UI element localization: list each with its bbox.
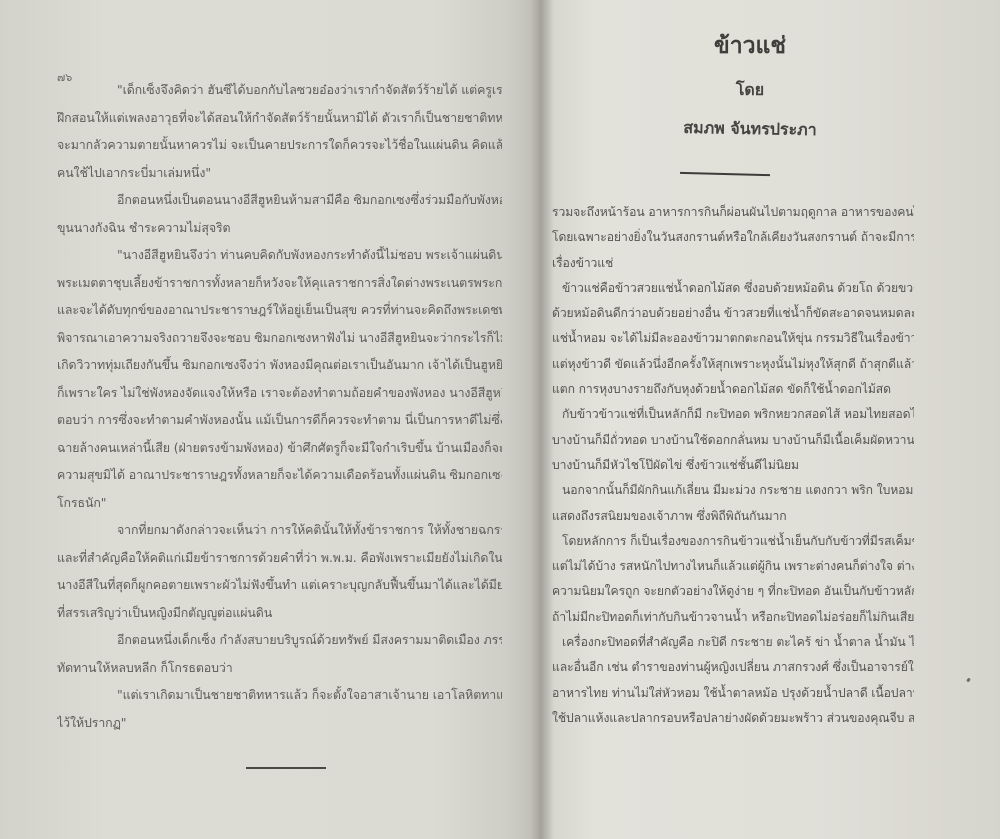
- text-line: ทัดทานให้หลบหลีก ก็โกรธตอบว่า: [57, 654, 502, 682]
- author-name: สมภพ จันทรประภา: [650, 115, 850, 143]
- section-divider: [246, 767, 326, 769]
- text-line: บางบ้านก็มีหัวไชโป๊ผัดไข่ ซึ่งข้าวแช่ชั้…: [552, 453, 914, 478]
- text-line: ไว้ให้ปรากฏ": [57, 709, 502, 737]
- text-line: ฝึกสอนให้แต่เพลงอาวุธที่จะได้สอนให้กำจัด…: [57, 104, 502, 132]
- text-line: นอกจากนั้นก็มีผักกินแก้เลี่ยน มีมะม่วง ก…: [552, 478, 914, 503]
- text-line: อีกตอนหนึ่งเป็นตอนนางอีสีฮูหยินห้ามสามีค…: [57, 186, 502, 214]
- text-line: ที่สรรเสริญว่าเป็นหญิงมีกตัญญูต่อแผ่นดิน: [57, 599, 502, 627]
- text-line: และจะได้ดับทุกข์ของอาณาประชาราษฎร์ให้อยู…: [57, 296, 502, 324]
- text-line: เครื่องกะปิทอดที่สำคัญคือ กะปิดี กระชาย …: [552, 630, 914, 655]
- text-line: และอื่นอีก เช่น ตำราของท่านผู้หญิงเปลี่ย…: [552, 655, 914, 680]
- text-line: เกิดวิวาททุ่มเถียงกันขึ้น ซิมกอกเซงจึงว่…: [57, 351, 502, 379]
- text-line: ก็เพราะใคร ไม่ใช่พังหองจัดแจงให้หรือ เรา…: [57, 379, 502, 407]
- text-line: กับข้าวข้าวแช่ที่เป็นหลักก็มี กะปิทอด พร…: [552, 402, 914, 427]
- text-line: อาหารไทย ท่านไม่ใส่หัวหอม ใช้น้ำตาลหม้อ …: [552, 681, 914, 706]
- article-title: ข้าวแช่: [700, 28, 800, 64]
- text-line: แต่ไม่ได้บ้าง รสหนักไปทางไหนก็แล้วแต่ผู้…: [552, 554, 914, 579]
- book-spread: ๗๖ "เด็กเซ็งจึงคิดว่า ฮันซีได้บอกกับไลซว…: [0, 0, 1000, 839]
- text-line: "นางอีสีฮูหยินจึงว่า ท่านคบคิดกับพังหองก…: [57, 241, 502, 269]
- text-line: ตอบว่า การซึ่งจะทำตามคำพังหองนั้น แม้เป็…: [57, 406, 502, 434]
- text-line: "เด็กเซ็งจึงคิดว่า ฮันซีได้บอกกับไลซวยอ๋…: [57, 76, 502, 104]
- text-line: "แต่เราเกิดมาเป็นชายชาติทหารแล้ว ก็จะตั้…: [57, 681, 502, 709]
- text-line: โกรธนัก": [57, 489, 502, 517]
- text-line: พิจารณาเอาความจริงถวายจึงจะชอบ ซิมกอกเซง…: [57, 324, 502, 352]
- text-line: และที่สำคัญคือให้คติแก่เมียข้าราชการด้วย…: [57, 544, 502, 572]
- text-line: ความสุขมิได้ อาณาประชาราษฎรทั้งหลายก็จะไ…: [57, 461, 502, 489]
- text-line: อีกตอนหนึ่งเด็กเซ็ง กำลังสบายบริบูรณ์ด้ว…: [57, 626, 502, 654]
- text-line: ถ้าไม่มีกะปิทอดก็เท่ากับกินข้าวจานน้ำ หร…: [552, 605, 914, 630]
- text-line: ความนิยมใครถูก จะยกตัวอย่างให้ดูง่าย ๆ ท…: [552, 579, 914, 604]
- text-line: ฉายล้างคนเหล่านี้เสีย (ฝ่ายตรงข้ามพังหอง…: [57, 434, 502, 462]
- book-gutter: [530, 0, 554, 839]
- text-line: พระเมตตาชุบเลี้ยงข้าราชการทั้งหลายก็หวัง…: [57, 269, 502, 297]
- text-line: จะมากลัวความตายนั้นหาควรไม่ จะเป็นคายประ…: [57, 131, 502, 159]
- text-line: แสดงถึงรสนิยมของเจ้าภาพ ซึ่งพิถีพิถันกัน…: [552, 504, 914, 529]
- text-line: ด้วยหม้อดินดีกว่าอบด้วยอย่างอื่น ข้าวสวย…: [552, 301, 914, 326]
- text-line: นางอีสีในที่สุดก็ผูกคอตายเพราะผัวไม่ฟังข…: [57, 571, 502, 599]
- text-line: คนใช้ไปเอากระบี่มาเล่มหนึ่ง": [57, 159, 502, 187]
- text-line: ขุนนางกังฉิน ชำระความไม่สุจริต: [57, 214, 502, 242]
- text-line: รวมจะถึงหน้าร้อน อาหารการกินก็ผ่อนผันไปต…: [552, 200, 914, 225]
- text-line: โดยหลักการ ก็เป็นเรื่องของการกินข้าวแช่น…: [552, 529, 914, 554]
- text-line: แต่หุงข้าวดี ขัดแล้วนึ่งอีกครั้งให้สุกเพ…: [552, 352, 914, 377]
- text-line: แช่น้ำหอม จะได้ไม่มีละอองข้าวมาตกตะกอนให…: [552, 326, 914, 351]
- text-line: ข้าวแช่คือข้าวสวยแช่น้ำดอกไม้สด ซึ่งอบด้…: [552, 276, 914, 301]
- text-line: บางบ้านก็มีถั่วทอด บางบ้านใช้ดอกกลั่นหม …: [552, 428, 914, 453]
- text-line: เรื่องข้าวแช่: [552, 251, 914, 276]
- text-line: จากที่ยกมาดังกล่าวจะเห็นว่า การให้คตินั้…: [57, 516, 502, 544]
- right-page-body: รวมจะถึงหน้าร้อน อาหารการกินก็ผ่อนผันไปต…: [552, 200, 914, 731]
- left-page-body: "เด็กเซ็งจึงคิดว่า ฮันซีได้บอกกับไลซวยอ๋…: [57, 76, 502, 736]
- byline: โดย: [700, 78, 800, 103]
- text-line: โดยเฉพาะอย่างยิ่งในวันสงกรานต์หรือใกล้เค…: [552, 225, 914, 250]
- text-line: แตก การหุงบางรายถึงกับหุงด้วยน้ำดอกไม้สด…: [552, 377, 914, 402]
- text-line: ใช้ปลาแห้งและปลากรอบหรือปลาย่างผัดด้วยมะ…: [552, 706, 914, 731]
